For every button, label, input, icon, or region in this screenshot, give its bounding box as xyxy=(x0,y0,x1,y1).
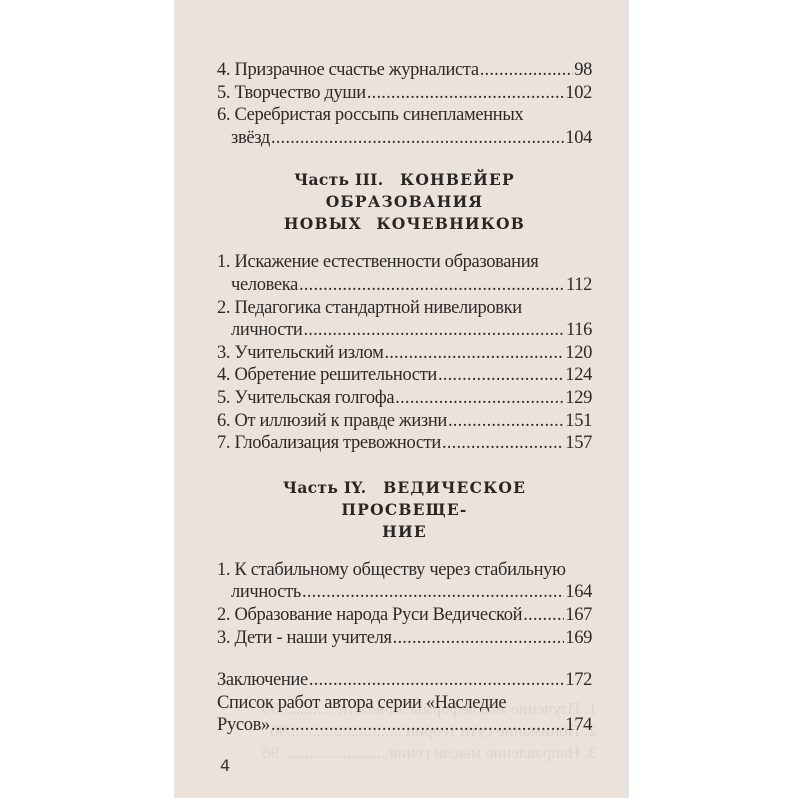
part-heading-3: Часть III. КОНВЕЙЕР ОБРАЗОВАНИЯ НОВЫХ КО… xyxy=(217,169,592,235)
toc-entry-title: 5. Учительская голгофа xyxy=(217,387,394,410)
toc-entry-page: 172 xyxy=(565,669,592,692)
toc-entry-title: 1. Искажение естественности образования xyxy=(217,251,592,274)
dot-leader xyxy=(367,82,565,105)
toc-entry-title: 4. Обретение решительности xyxy=(217,364,437,387)
toc-section-part-4: 1. К стабильному обществу через стабильн… xyxy=(217,559,592,649)
dot-leader xyxy=(384,342,564,365)
part-title-line-2: НИЕ xyxy=(217,521,592,543)
toc-entry: Заключение172 xyxy=(217,669,592,692)
book-page: 1. Изучение мыслеформы личности ........… xyxy=(175,0,627,798)
part-label: Часть IY. xyxy=(283,478,367,497)
dot-leader xyxy=(523,604,564,627)
toc-entry-title: 2. Образование народа Руси Ведической xyxy=(217,604,522,627)
toc-entry-page: 167 xyxy=(565,604,592,627)
toc-entry-title: 7. Глобализация тревожности xyxy=(217,432,441,455)
toc-entry-title-continued: личности xyxy=(231,319,302,342)
table-of-contents: 4. Призрачное счастье журналиста985. Тво… xyxy=(217,59,592,737)
toc-entry-page: 98 xyxy=(574,59,592,82)
toc-entry-page: 124 xyxy=(565,364,592,387)
toc-entry: 1. Искажение естественности образованияч… xyxy=(217,251,592,296)
part-title-line-2: НОВЫХ КОЧЕВНИКОВ xyxy=(217,213,592,235)
toc-entry: 2. Образование народа Руси Ведической167 xyxy=(217,604,592,627)
toc-entry-page: 157 xyxy=(565,432,592,455)
toc-entry-page: 174 xyxy=(565,714,592,737)
toc-entry-page: 102 xyxy=(565,82,592,105)
toc-entry: 3. Учительский излом120 xyxy=(217,342,592,365)
toc-entry-page: 120 xyxy=(565,342,592,365)
toc-entry-title: 3. Дети - наши учителя xyxy=(217,627,392,650)
toc-entry: 6. Серебристая россыпь синепламенныхзвёз… xyxy=(217,104,592,149)
dot-leader xyxy=(442,432,564,455)
dot-leader xyxy=(303,319,565,342)
toc-entry-title: 1. К стабильному обществу через стабильн… xyxy=(217,559,592,582)
toc-entry-title: 6. От иллюзий к правде жизни xyxy=(217,410,447,433)
toc-entry: 4. Призрачное счастье журналиста98 xyxy=(217,59,592,82)
dot-leader xyxy=(302,581,564,604)
toc-entry-page: 164 xyxy=(565,581,592,604)
dot-leader xyxy=(480,59,573,82)
toc-entry: 5. Учительская голгофа129 xyxy=(217,387,592,410)
toc-entry-title: 5. Творчество души xyxy=(217,82,366,105)
dot-leader xyxy=(271,714,564,737)
dot-leader xyxy=(309,669,564,692)
part-heading-4: Часть IY. ВЕДИЧЕСКОЕ ПРОСВЕЩЕ- НИЕ xyxy=(217,477,592,543)
toc-section-back-matter: Заключение172Список работ автора серии «… xyxy=(217,669,592,737)
toc-entry-title: 3. Учительский излом xyxy=(217,342,383,365)
toc-entry-page: 129 xyxy=(565,387,592,410)
toc-entry-page: 116 xyxy=(566,319,592,342)
part-title-line-1: ВЕДИЧЕСКОЕ ПРОСВЕЩЕ- xyxy=(341,478,526,519)
toc-entry-title-continued: человека xyxy=(231,274,298,297)
toc-entry: 2. Педагогика стандартной нивелировкилич… xyxy=(217,297,592,342)
page-number: 4 xyxy=(220,756,230,775)
toc-section-continued: 4. Призрачное счастье журналиста985. Тво… xyxy=(217,59,592,149)
toc-entry: 5. Творчество души102 xyxy=(217,82,592,105)
toc-entry-page: 169 xyxy=(565,627,592,650)
toc-entry-title-continued: Русов» xyxy=(217,714,270,737)
toc-entry: 7. Глобализация тревожности157 xyxy=(217,432,592,455)
toc-entry: 3. Дети - наши учителя169 xyxy=(217,627,592,650)
toc-entry-title: 2. Педагогика стандартной нивелировки xyxy=(217,297,592,320)
toc-entry: 1. К стабильному обществу через стабильн… xyxy=(217,559,592,604)
toc-entry-title-continued: личность xyxy=(231,581,301,604)
toc-section-part-3: 1. Искажение естественности образованияч… xyxy=(217,251,592,454)
dot-leader xyxy=(393,627,565,650)
toc-entry: 6. От иллюзий к правде жизни151 xyxy=(217,410,592,433)
toc-entry: Список работ автора серии «НаследиеРусов… xyxy=(217,692,592,737)
toc-entry-title: Заключение xyxy=(217,669,308,692)
dot-leader xyxy=(271,127,564,150)
toc-entry: 4. Обретение решительности124 xyxy=(217,364,592,387)
toc-entry-title: 6. Серебристая россыпь синепламенных xyxy=(217,104,592,127)
toc-entry-page: 151 xyxy=(565,410,592,433)
dot-leader xyxy=(395,387,564,410)
toc-entry-page: 112 xyxy=(566,274,592,297)
dot-leader xyxy=(448,410,564,433)
toc-entry-title: 4. Призрачное счастье журналиста xyxy=(217,59,479,82)
dot-leader xyxy=(438,364,564,387)
toc-entry-title: Список работ автора серии «Наследие xyxy=(217,692,592,715)
part-label: Часть III. xyxy=(294,170,383,189)
toc-entry-title-continued: звёзд xyxy=(231,127,270,150)
toc-entry-page: 104 xyxy=(565,127,592,150)
dot-leader xyxy=(299,274,565,297)
